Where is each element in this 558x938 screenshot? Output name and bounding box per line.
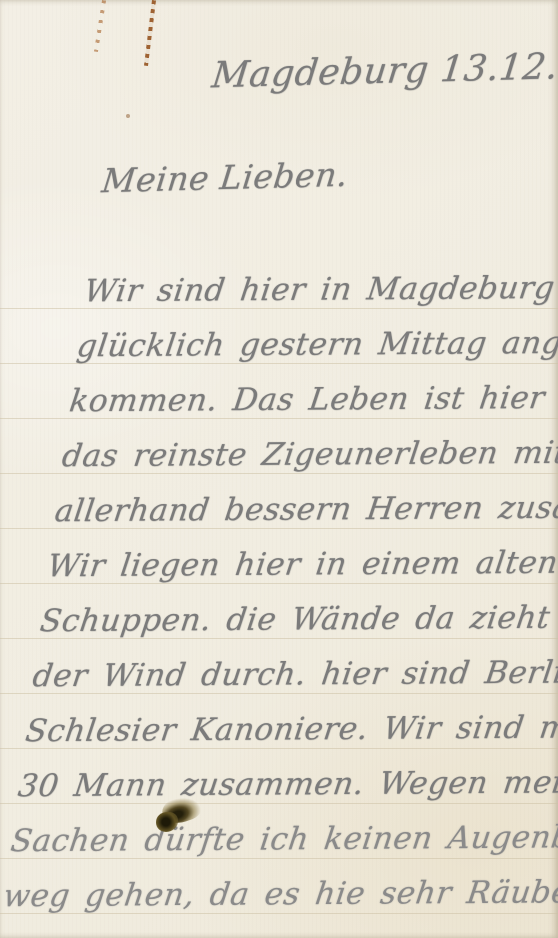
- body-line-3: kommen. Das Leben ist hier: [66, 372, 558, 432]
- body-line-7: Schuppen. die Wände da zieht: [36, 592, 558, 652]
- body-line-12: weg gehen, da es hie sehr Räuber gibt: [0, 867, 558, 927]
- letter-page: Magdeburg 13.12.14. Meine Lieben. Wir si…: [0, 0, 558, 938]
- body-line-6: Wir liegen hier in einem alten: [44, 537, 558, 597]
- body-line-5: allerhand bessern Herren zusamm.: [51, 482, 558, 542]
- rust-stain-dot: [126, 114, 130, 118]
- salutation: Meine Lieben.: [100, 155, 350, 201]
- letter-body: Wir sind hier in Magdeburg glücklich ges…: [0, 262, 558, 927]
- body-line-9: Schlesier Kanoniere. Wir sind mit: [22, 702, 558, 762]
- rust-stain-streak-2: [144, 0, 156, 66]
- body-line-11: Sachen dürfte ich keinen Augenblick: [7, 812, 558, 872]
- body-line-2: glücklich gestern Mittag ange-: [73, 317, 558, 377]
- dateline: Magdeburg 13.12.14.: [210, 45, 558, 97]
- rust-stain-streak-1: [94, 0, 106, 52]
- body-line-8: der Wind durch. hier sind Berliner: [29, 647, 558, 707]
- body-line-1: Wir sind hier in Magdeburg: [80, 262, 558, 322]
- body-line-4: das reinste Zigeunerleben mit: [58, 427, 558, 487]
- body-line-10: 30 Mann zusammen. Wegen meinen: [14, 757, 558, 817]
